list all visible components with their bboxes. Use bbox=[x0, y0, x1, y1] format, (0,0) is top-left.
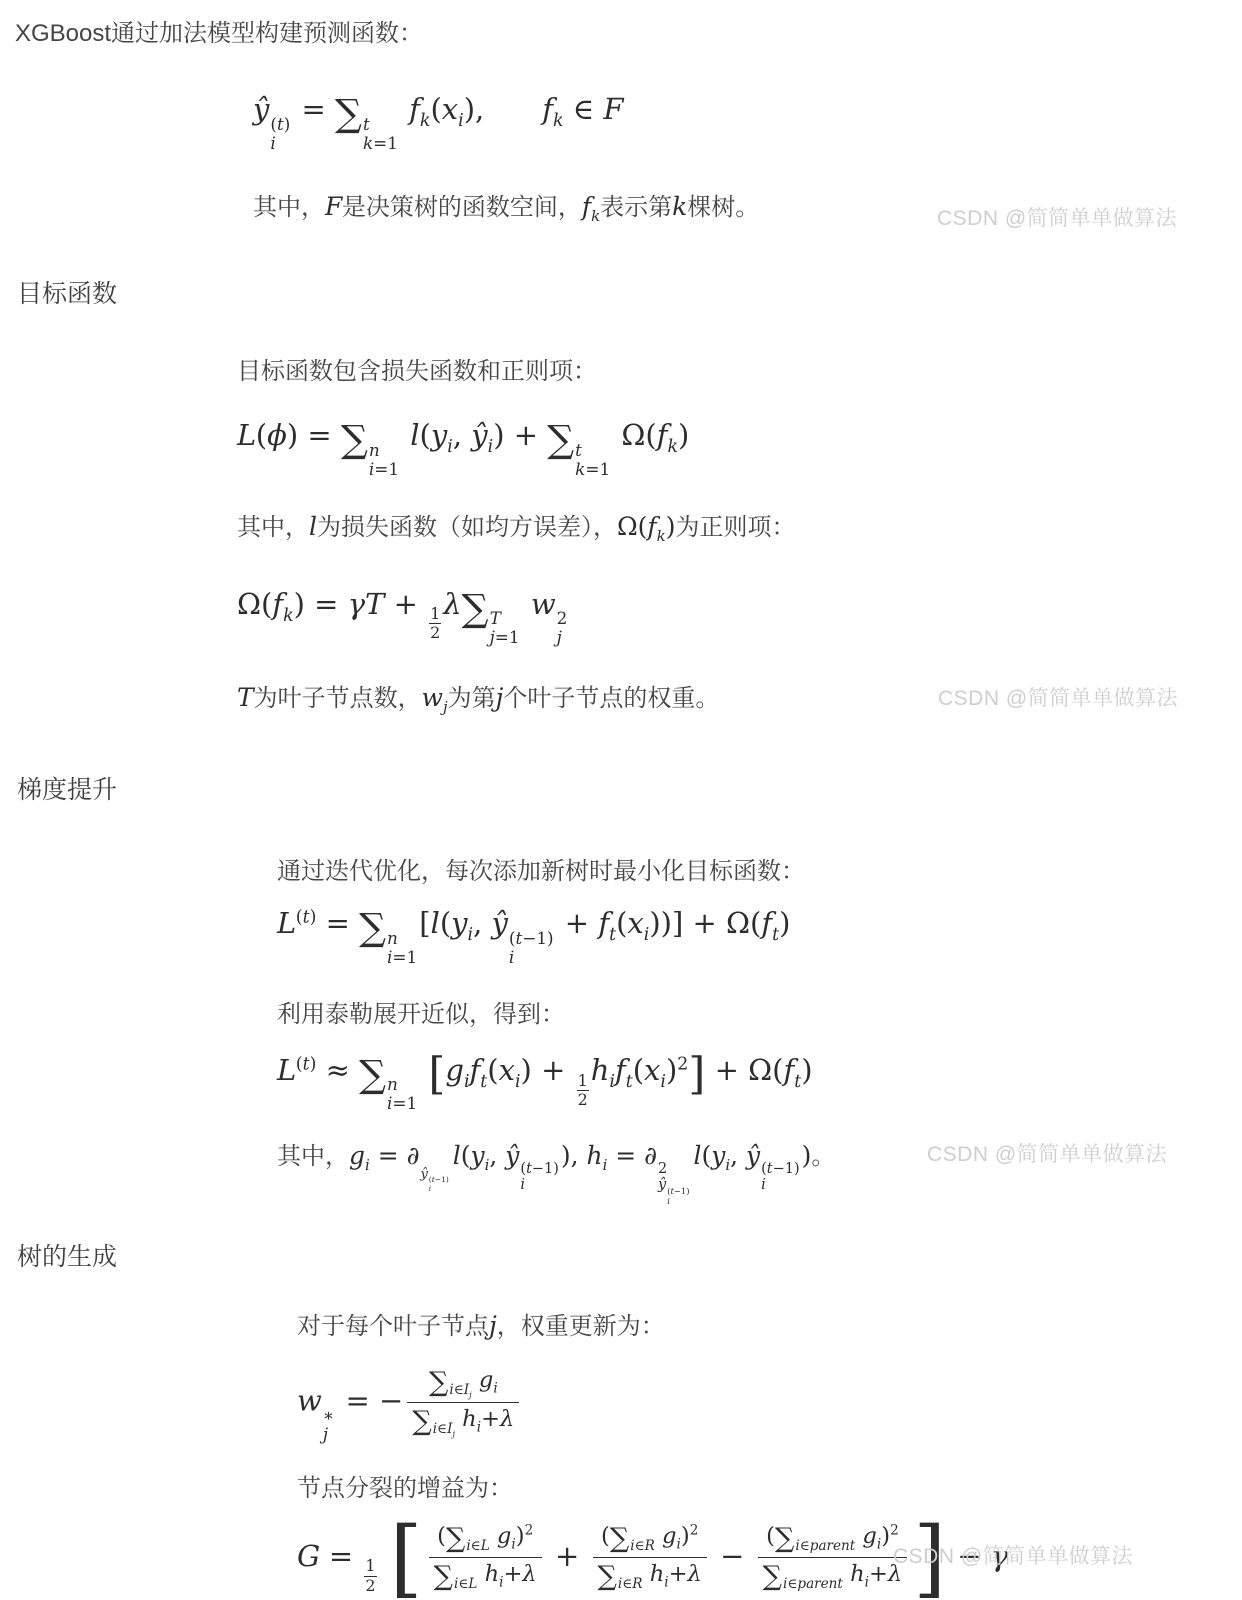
tree-gain-note: 节点分裂的增益为： bbox=[297, 1473, 1242, 1505]
formula-leaf-weight: w∗j = −∑i∈Ij gi∑i∈Ij hi+λ bbox=[297, 1366, 1242, 1444]
tree-weight-intro: 对于每个叶子节点j，权重更新为： bbox=[297, 1309, 1242, 1343]
csdn-watermark-4: CSDN @简简单单做算法 bbox=[893, 1540, 1133, 1570]
section-heading-boosting: 梯度提升 bbox=[17, 775, 1242, 806]
boosting-taylor-note: 利用泰勒展开近似，得到： bbox=[277, 999, 1242, 1031]
section-heading-objective: 目标函数 bbox=[17, 279, 1242, 310]
objective-regularizer-note: 其中，l为损失函数（如均方误差），Ω(fk)为正则项： bbox=[237, 510, 1242, 546]
csdn-watermark-2: CSDN @简简单单做算法 bbox=[938, 682, 1178, 712]
intro-lead-paragraph: XGBoost通过加法模型构建预测函数： bbox=[15, 18, 1242, 50]
boosting-intro-paragraph: 通过迭代优化，每次添加新树时最小化目标函数： bbox=[277, 856, 1242, 888]
formula-iteration: L(t) = ∑ni=1[l(yi, ŷ(t−1)i + ft(xi))] + … bbox=[277, 900, 1242, 966]
section-heading-tree: 树的生成 bbox=[17, 1242, 1242, 1273]
objective-intro-paragraph: 目标函数包含损失函数和正则项： bbox=[237, 356, 1242, 388]
formula-objective: L(ϕ) = ∑ni=1 l(yi, ŷi) + ∑tk=1 Ω(fk) bbox=[237, 412, 1242, 478]
article-page: XGBoost通过加法模型构建预测函数： ŷ(t)i = ∑tk=1 fk(xi… bbox=[0, 0, 1242, 1600]
csdn-watermark-3: CSDN @简简单单做算法 bbox=[927, 1138, 1167, 1168]
formula-prediction: ŷ(t)i = ∑tk=1 fk(xi), fk ∈ F bbox=[253, 86, 1242, 152]
formula-regularization: Ω(fk) = γT + 12λ∑Tj=1 w2j bbox=[237, 581, 1242, 647]
csdn-watermark-1: CSDN @简简单单做算法 bbox=[937, 202, 1177, 232]
formula-taylor: L(t) ≈ ∑ni=1 [gift(xi) + 12hift(xi)2] + … bbox=[277, 1047, 1242, 1113]
